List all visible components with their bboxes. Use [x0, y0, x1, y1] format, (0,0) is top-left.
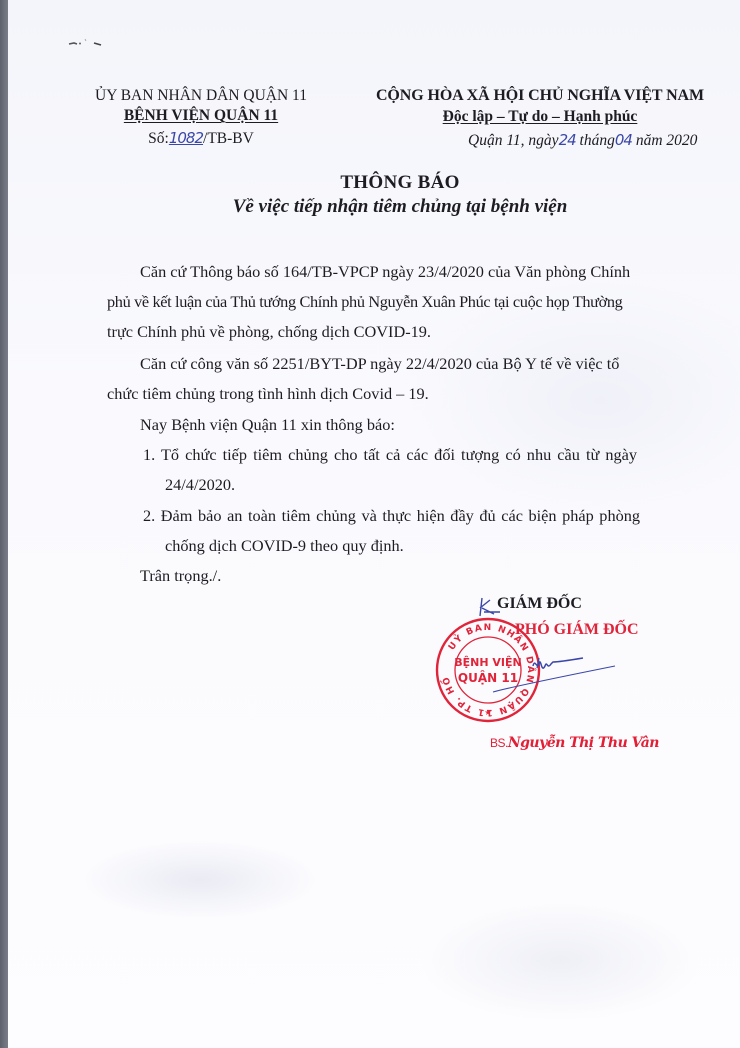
- signer-name-text: Nguyễn Thị Thu Vân: [508, 735, 659, 751]
- number-suffix: /TB-BV: [203, 130, 254, 147]
- national-header: CỘNG HÒA XÃ HỘI CHỦ NGHĨA VIỆT NAM Độc l…: [340, 86, 740, 127]
- issuer-header: ỦY BAN NHÂN DÂN QUẬN 11 BỆNH VIỆN QUẬN 1…: [90, 86, 312, 149]
- stamp-star: ★: [484, 708, 491, 717]
- issuer-agency: ỦY BAN NHÂN DÂN QUẬN 11: [90, 86, 312, 106]
- list-item: 2. Đảm bảo an toàn tiêm chủng và thực hi…: [143, 506, 640, 526]
- body-line: phủ về kết luận của Thủ tướng Chính phủ …: [107, 292, 622, 312]
- document-subtitle: Về việc tiếp nhận tiêm chủng tại bệnh vi…: [200, 196, 600, 218]
- body-line: Nay Bệnh viện Quận 11 xin thông báo:: [140, 415, 395, 435]
- body-line: chức tiêm chủng trong tình hình dịch Cov…: [107, 384, 429, 404]
- date-day: 24: [559, 131, 576, 149]
- list-item-continuation: 24/4/2020.: [165, 475, 235, 495]
- list-item-continuation: chống dịch COVID-9 theo quy định.: [165, 536, 404, 556]
- national-motto: Độc lập – Tự do – Hạnh phúc: [340, 107, 740, 127]
- body-line: Căn cứ công văn số 2251/BYT-DP ngày 22/4…: [140, 354, 619, 374]
- date-month: 04: [615, 131, 632, 149]
- body-line: trực Chính phủ về phòng, chống dịch COVI…: [107, 322, 431, 342]
- scan-mark: [68, 38, 108, 48]
- number-prefix: Số:: [148, 130, 169, 147]
- signer-title: GIÁM ĐỐC: [497, 595, 582, 613]
- document-number: Số:1082/TB-BV: [90, 128, 312, 149]
- signer-name-prefix: BS.: [490, 736, 508, 750]
- issuer-organization: BỆNH VIỆN QUẬN 11: [90, 106, 312, 126]
- signer-name: BS.Nguyễn Thị Thu Vân: [490, 735, 659, 751]
- handwritten-signature: [475, 640, 635, 700]
- signer-subtitle: PHÓ GIÁM ĐỐC: [515, 621, 639, 639]
- list-item: 1. Tổ chức tiếp tiêm chủng cho tất cả cá…: [143, 445, 637, 465]
- number-handwritten: 1082: [169, 129, 203, 147]
- scan-edge-shadow: [0, 0, 8, 1048]
- date-prefix: Quận 11, ngày: [468, 132, 559, 149]
- date-year: năm 2020: [636, 132, 698, 149]
- document-date: Quận 11, ngày24 tháng04 năm 2020: [468, 131, 697, 150]
- nation-name: CỘNG HÒA XÃ HỘI CHỦ NGHĨA VIỆT NAM: [340, 86, 740, 106]
- date-month-label: tháng: [580, 132, 615, 149]
- body-line: Căn cứ Thông báo số 164/TB-VPCP ngày 23/…: [140, 262, 630, 282]
- document-title: THÔNG BÁO: [200, 172, 600, 194]
- initial-mark: [476, 596, 504, 618]
- closing-line: Trân trọng./.: [140, 566, 221, 586]
